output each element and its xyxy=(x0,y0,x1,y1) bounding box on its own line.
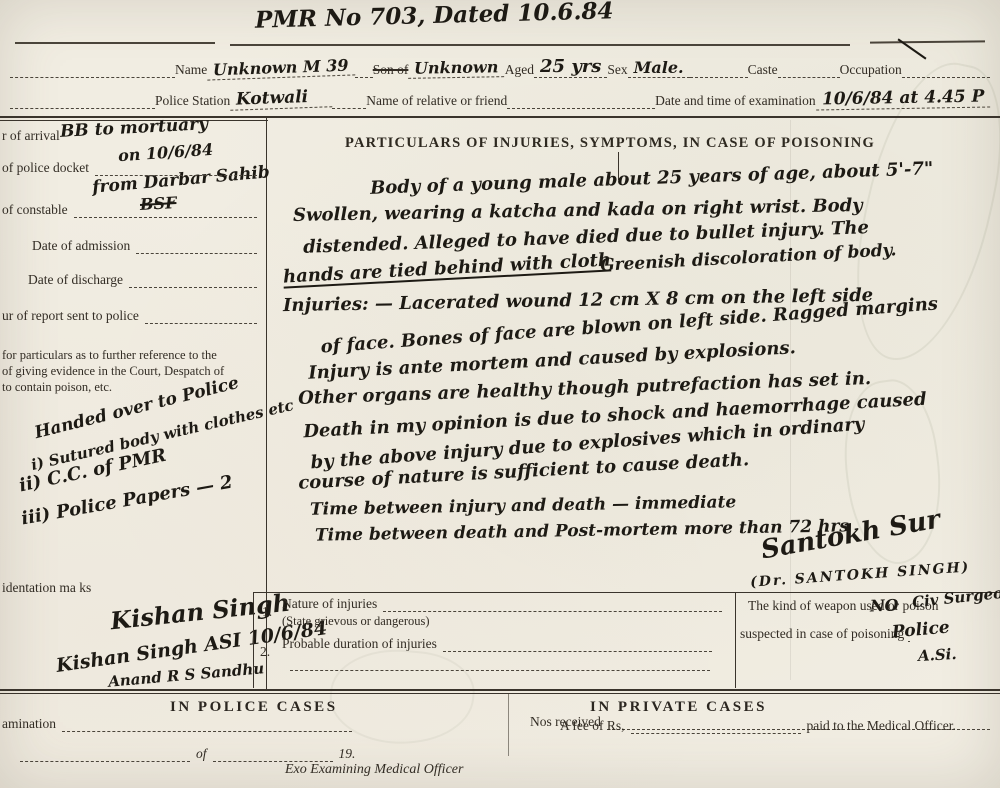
report-line: hands are tied behind with cloth xyxy=(283,251,612,288)
weapon-used-value: NO xyxy=(870,598,899,615)
sex-value: Male. xyxy=(628,60,690,78)
scanned-postmortem-form: PMR No 703, Dated 10.6.84 Name Unknown M… xyxy=(0,0,1000,788)
constable-label: of constable xyxy=(2,202,68,218)
duration-of-injuries-label: Probable duration of injuries xyxy=(282,636,437,652)
of-label: of xyxy=(196,746,207,762)
poisoning-suspected-label: suspected in case of poisoning xyxy=(740,626,904,642)
report-line: Time between injury and death — immediat… xyxy=(310,494,736,518)
doctor-signature-print: (Dr. SANTOKH SINGH) xyxy=(750,560,971,589)
police-station-label: Police Station xyxy=(155,93,230,109)
nature-of-injuries-sub: (State grievous or dangerous) xyxy=(282,614,430,629)
aged-label: Aged xyxy=(505,62,534,78)
injury-item1-number: 1. xyxy=(262,604,272,620)
report-line: Body of a young male about 25 years of a… xyxy=(370,160,934,198)
doctor-signature-script: Santokh Sur xyxy=(759,506,942,563)
report-sent-label: ur of report sent to police xyxy=(2,308,139,324)
name-value: Unknown M 39 xyxy=(207,57,355,80)
bleed-through-mark xyxy=(326,644,478,750)
examination-label: amination xyxy=(2,716,56,732)
caste-label: Caste xyxy=(748,62,778,78)
in-police-cases-title: IN POLICE CASES xyxy=(170,699,338,716)
police-station-value: Kotwali xyxy=(230,88,333,111)
police-docket-label: of police docket xyxy=(2,160,89,176)
note-line-2: of giving evidence in the Court, Despatc… xyxy=(2,364,224,379)
son-of-label: Son of xyxy=(373,62,409,78)
exam-datetime-label: Date and time of examination xyxy=(655,93,815,109)
nature-of-injuries-label: Nature of injuries xyxy=(282,596,377,612)
note-line-1: for particulars as to further reference … xyxy=(2,348,217,363)
fee-label: A fee of Rs, xyxy=(560,718,625,734)
discharge-date-label: Date of discharge xyxy=(28,272,123,288)
son-of-value: Unknown xyxy=(408,59,505,79)
fee-suffix-label: paid to the Medical Officer. xyxy=(807,718,956,734)
exam-datetime-value: 10/6/84 at 4.45 P xyxy=(815,88,990,110)
relative-label: Name of relative or friend xyxy=(366,93,507,109)
arrival-label: r of arrival xyxy=(2,128,60,144)
weapon-used-label: The kind of weapon used or poison xyxy=(748,598,938,614)
report-line: Greenish discoloration of body. xyxy=(600,242,897,275)
occupation-label: Occupation xyxy=(840,62,902,78)
sex-label: Sex xyxy=(607,62,627,78)
station-row: Police Station Kotwali Name of relative … xyxy=(10,90,990,109)
pmr-number-line: PMR No 703, Dated 10.6.84 xyxy=(255,0,614,32)
section-title: PARTICULARS OF INJURIES, SYMPTOMS, IN CA… xyxy=(345,135,875,152)
poisoning-hw-scribble-2: A.Si. xyxy=(918,647,957,664)
footer-divider xyxy=(508,694,509,756)
admission-date-label: Date of admission xyxy=(32,238,130,254)
year-label: 19. xyxy=(339,746,356,762)
identity-row: Name Unknown M 39 Son of Unknown Aged 25… xyxy=(10,58,990,78)
arrival-value-1: BB to mortuary xyxy=(60,116,209,141)
injury-item2-number: 2. xyxy=(260,644,270,660)
examining-medical-officer-label: Exo Examining Medical Officer xyxy=(285,762,463,778)
name-label: Name xyxy=(175,62,207,78)
poisoning-hw-scribble-1: Police xyxy=(891,620,950,642)
weapon-hw-scribble: Civ Surgeon xyxy=(911,585,1000,611)
identification-marks-label: identation ma ks xyxy=(2,580,91,596)
aged-value: 25 yrs xyxy=(534,58,607,78)
note-line-3: to contain poison, etc. xyxy=(2,380,112,395)
